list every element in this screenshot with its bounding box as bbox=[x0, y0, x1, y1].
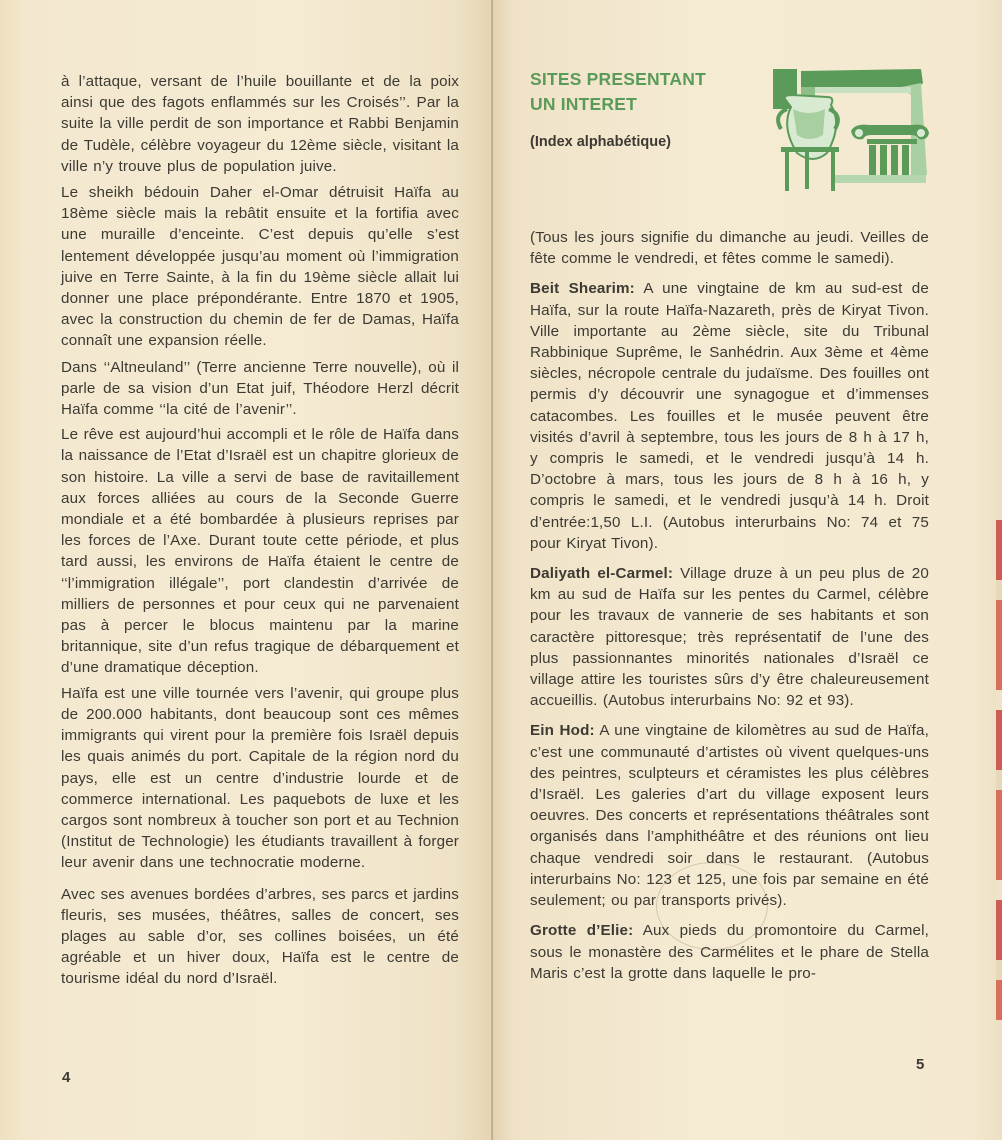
paragraph: Haïfa est une ville tournée vers l’aveni… bbox=[61, 683, 459, 874]
site-name: Daliyath el-Carmel: bbox=[530, 565, 673, 582]
intro-note: (Tous les jours signifie du dimanche au … bbox=[530, 227, 929, 269]
next-page-edge bbox=[996, 520, 1002, 1020]
site-description: A une vingtaine de kilomètres au sud de … bbox=[530, 722, 929, 909]
site-entry: Ein Hod: A une vingtaine de kilomètres a… bbox=[530, 720, 929, 911]
section-heading: SITES PRESENTANT UN INTERET bbox=[530, 67, 706, 117]
page-number: 4 bbox=[62, 1069, 70, 1086]
antiquities-illustration-icon bbox=[771, 65, 931, 195]
site-entry: Daliyath el-Carmel: Village druze à un p… bbox=[530, 563, 929, 711]
page-number: 5 bbox=[916, 1056, 924, 1073]
left-page-body: à l’attaque, versant de l’huile bouillan… bbox=[61, 71, 459, 994]
paragraph: Le sheikh bédouin Daher el-Omar détruisi… bbox=[61, 182, 459, 352]
right-page: SITES PRESENTANT UN INTERET (Index alpha… bbox=[493, 0, 1002, 1140]
site-description: A une vingtaine de km au sud-est de Haïf… bbox=[530, 280, 929, 551]
paragraph: Dans ‘‘Altneuland’’ (Terre ancienne Terr… bbox=[61, 357, 459, 421]
site-entry: Grotte d’Elie: Aux pieds du promontoire … bbox=[530, 920, 929, 984]
paragraph: Le rêve est aujourd’hui accompli et le r… bbox=[61, 424, 459, 678]
site-description: Village druze à un peu plus de 20 km au … bbox=[530, 565, 929, 709]
paragraph: Avec ses avenues bordées d’arbres, ses p… bbox=[61, 884, 459, 990]
site-name: Ein Hod: bbox=[530, 722, 595, 739]
paragraph: à l’attaque, versant de l’huile bouillan… bbox=[61, 71, 459, 177]
site-name: Beit Shearim: bbox=[530, 280, 635, 297]
site-entry: Beit Shearim: A une vingtaine de km au s… bbox=[530, 278, 929, 554]
left-page: à l’attaque, versant de l’huile bouillan… bbox=[0, 0, 492, 1140]
heading-line: SITES PRESENTANT bbox=[530, 67, 706, 92]
section-subheading: (Index alphabétique) bbox=[530, 134, 671, 150]
booklet-spread: à l’attaque, versant de l’huile bouillan… bbox=[0, 0, 1002, 1140]
right-page-body: (Tous les jours signifie du dimanche au … bbox=[530, 227, 929, 993]
heading-line: UN INTERET bbox=[530, 92, 706, 117]
site-name: Grotte d’Elie: bbox=[530, 922, 633, 939]
